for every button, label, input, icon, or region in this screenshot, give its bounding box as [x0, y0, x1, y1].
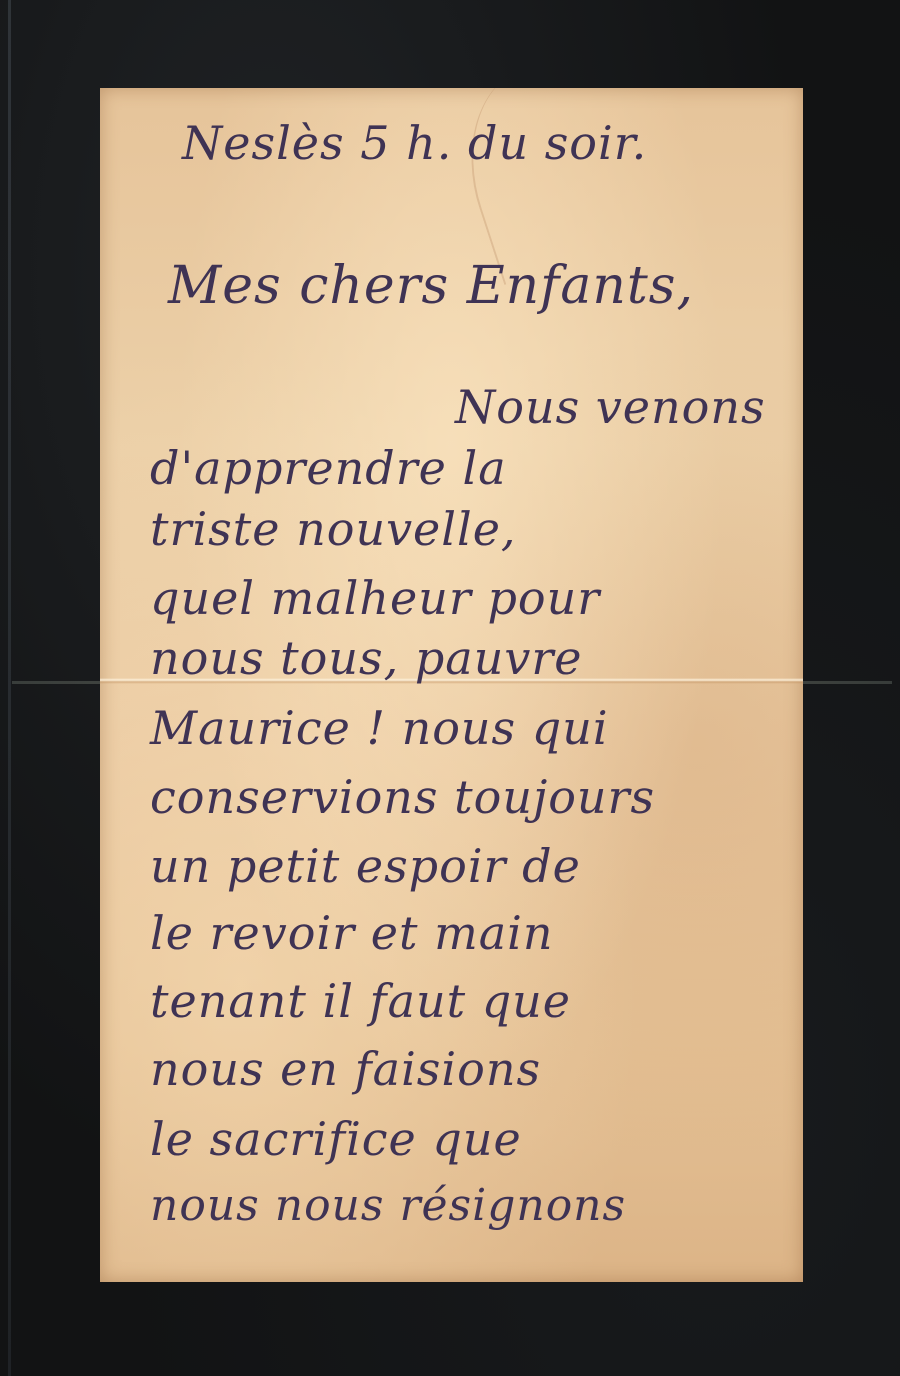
letter-line-9: le revoir et main: [150, 910, 554, 956]
header-place-time: Neslès 5 h. du soir.: [182, 120, 647, 166]
letter-line-12: le sacrifice que: [150, 1116, 522, 1162]
card-edge: [8, 0, 11, 1376]
letter-line-10: tenant il faut que: [150, 978, 571, 1024]
letter-line-6: Maurice ! nous qui: [150, 705, 609, 751]
mourning-card-border: Neslès 5 h. du soir. Mes chers Enfants, …: [0, 0, 900, 1376]
letter-line-13: nous nous résignons: [150, 1184, 626, 1228]
letter-line-8: un petit espoir de: [150, 843, 581, 889]
letter-line-11: nous en faisions: [150, 1046, 541, 1092]
letter-line-5: nous tous, pauvre: [150, 635, 583, 681]
letter-line-4: quel malheur pour: [150, 575, 600, 621]
letter-line-3: triste nouvelle,: [150, 506, 517, 552]
letter-paper: Neslès 5 h. du soir. Mes chers Enfants, …: [100, 88, 803, 1282]
letter-line-2: d'apprendre la: [150, 445, 507, 491]
letter-line-7: conservions toujours: [150, 774, 655, 820]
letter-line-1: Nous venons: [455, 384, 766, 430]
salutation: Mes chers Enfants,: [168, 260, 694, 312]
